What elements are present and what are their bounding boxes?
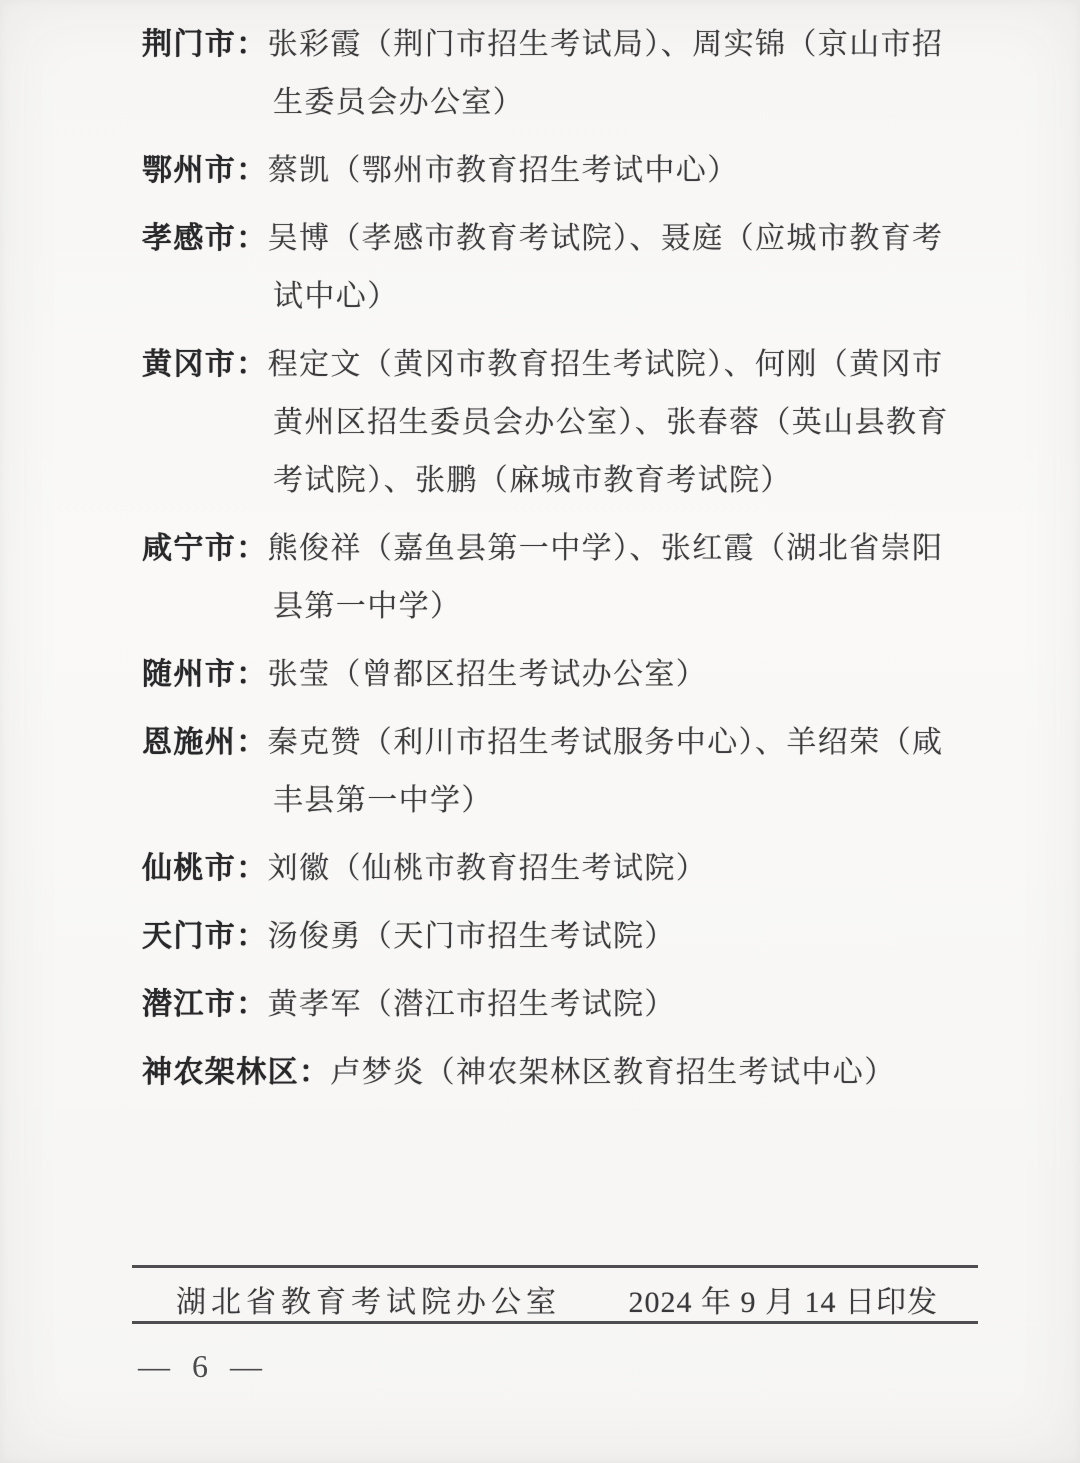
city-label: 黄冈市： xyxy=(142,348,268,381)
print-date: 2024 年 9 月 14 日印发 xyxy=(629,1277,939,1321)
entry-text: 熊俊祥（嘉鱼县第一中学）、张红霞（湖北省崇阳县第一中学） xyxy=(268,532,944,623)
entry-text: 张莹（曾都区招生考试办公室） xyxy=(268,658,708,691)
entry-row: 孝感市：吴博（孝感市教育考试院）、聂庭（应城市教育考试中心） xyxy=(142,210,968,326)
entry-row: 荆门市：张彩霞（荆门市招生考试局）、周实锦（京山市招生委员会办公室） xyxy=(142,16,968,132)
entry-row: 仙桃市：刘徽（仙桃市教育招生考试院） xyxy=(142,840,968,898)
entry-text: 程定文（黄冈市教育招生考试院）、何刚（黄冈市黄州区招生委员会办公室）、张春蓉（英… xyxy=(268,348,949,497)
document-page: 荆门市：张彩霞（荆门市招生考试局）、周实锦（京山市招生委员会办公室）鄂州市：蔡凯… xyxy=(0,0,1080,1463)
entry-text: 吴博（孝感市教育考试院）、聂庭（应城市教育考试中心） xyxy=(268,222,944,313)
city-label: 鄂州市： xyxy=(142,154,268,187)
entry-text: 刘徽（仙桃市教育招生考试院） xyxy=(268,852,708,885)
footer-top-rule xyxy=(132,1265,978,1268)
issuing-office: 湖北省教育考试院办公室 xyxy=(176,1277,561,1321)
entry-row: 随州市：张莹（曾都区招生考试办公室） xyxy=(142,646,968,704)
entry-row: 天门市：汤俊勇（天门市招生考试院） xyxy=(142,908,968,966)
city-label: 随州市： xyxy=(142,658,268,691)
city-label: 仙桃市： xyxy=(142,852,268,885)
page-number: — 6 — xyxy=(138,1348,269,1385)
entry-text: 张彩霞（荆门市招生考试局）、周实锦（京山市招生委员会办公室） xyxy=(268,28,944,119)
footer-bottom-rule xyxy=(132,1321,978,1324)
entry-text: 秦克赞（利川市招生考试服务中心）、羊绍荣（咸丰县第一中学） xyxy=(268,726,944,817)
entry-text: 黄孝军（潜江市招生考试院） xyxy=(268,988,676,1021)
entry-row: 黄冈市：程定文（黄冈市教育招生考试院）、何刚（黄冈市黄州区招生委员会办公室）、张… xyxy=(142,336,968,510)
city-label: 咸宁市： xyxy=(142,532,268,565)
entry-row: 咸宁市：熊俊祥（嘉鱼县第一中学）、张红霞（湖北省崇阳县第一中学） xyxy=(142,520,968,636)
entry-row: 鄂州市：蔡凯（鄂州市教育招生考试中心） xyxy=(142,142,968,200)
entry-text: 汤俊勇（天门市招生考试院） xyxy=(268,920,676,953)
city-label: 荆门市： xyxy=(142,28,268,61)
entry-row: 潜江市：黄孝军（潜江市招生考试院） xyxy=(142,976,968,1034)
city-label: 恩施州： xyxy=(142,726,268,759)
city-label: 神农架林区： xyxy=(142,1056,330,1089)
city-label: 孝感市： xyxy=(142,222,268,255)
entry-row: 恩施州：秦克赞（利川市招生考试服务中心）、羊绍荣（咸丰县第一中学） xyxy=(142,714,968,830)
entry-text: 卢梦炎（神农架林区教育招生考试中心） xyxy=(330,1056,895,1089)
recipient-list: 荆门市：张彩霞（荆门市招生考试局）、周实锦（京山市招生委员会办公室）鄂州市：蔡凯… xyxy=(142,16,968,1112)
city-label: 天门市： xyxy=(142,920,268,953)
entry-row: 神农架林区：卢梦炎（神农架林区教育招生考试中心） xyxy=(142,1044,968,1102)
city-label: 潜江市： xyxy=(142,988,268,1021)
entry-text: 蔡凯（鄂州市教育招生考试中心） xyxy=(268,154,739,187)
